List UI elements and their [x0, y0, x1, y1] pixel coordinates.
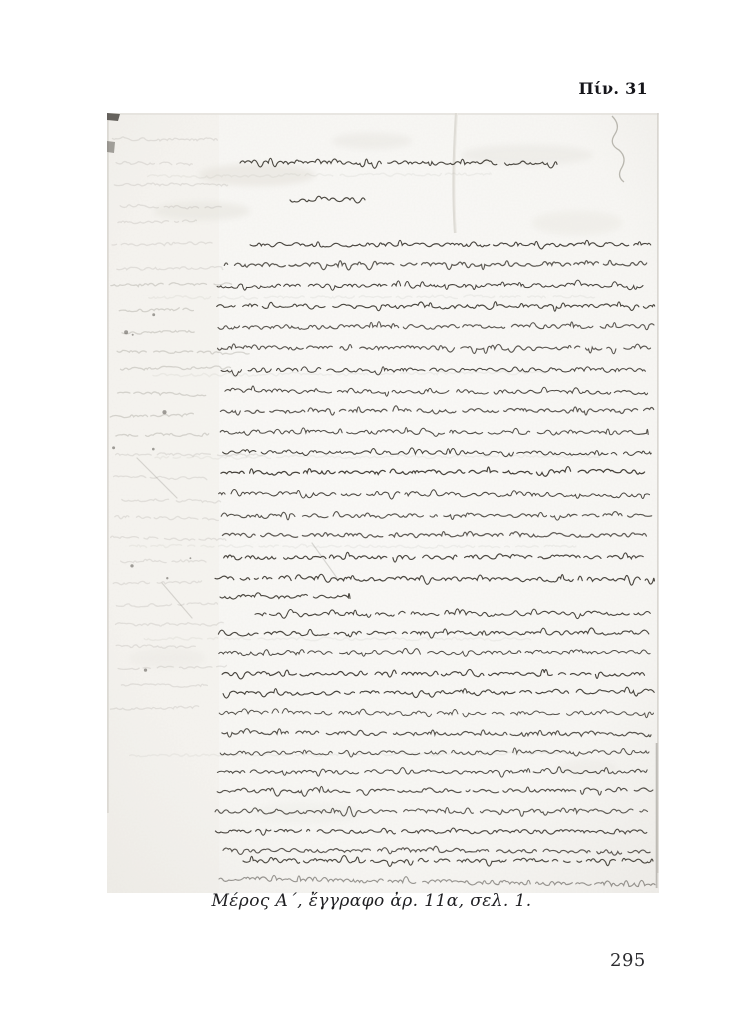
- plate-label: Πίν. 31: [0, 79, 648, 98]
- figure-caption: Μέρος Α΄, ἔγγραφο ἀρ. 11α, σελ. 1.: [0, 891, 743, 911]
- book-page: Πίν. 31: [0, 0, 743, 1027]
- edge-mark: [107, 113, 120, 121]
- edge-mark: [107, 141, 115, 153]
- page-number: 295: [610, 950, 646, 971]
- manuscript-figure: [107, 113, 659, 893]
- manuscript-scan-image: [107, 113, 659, 893]
